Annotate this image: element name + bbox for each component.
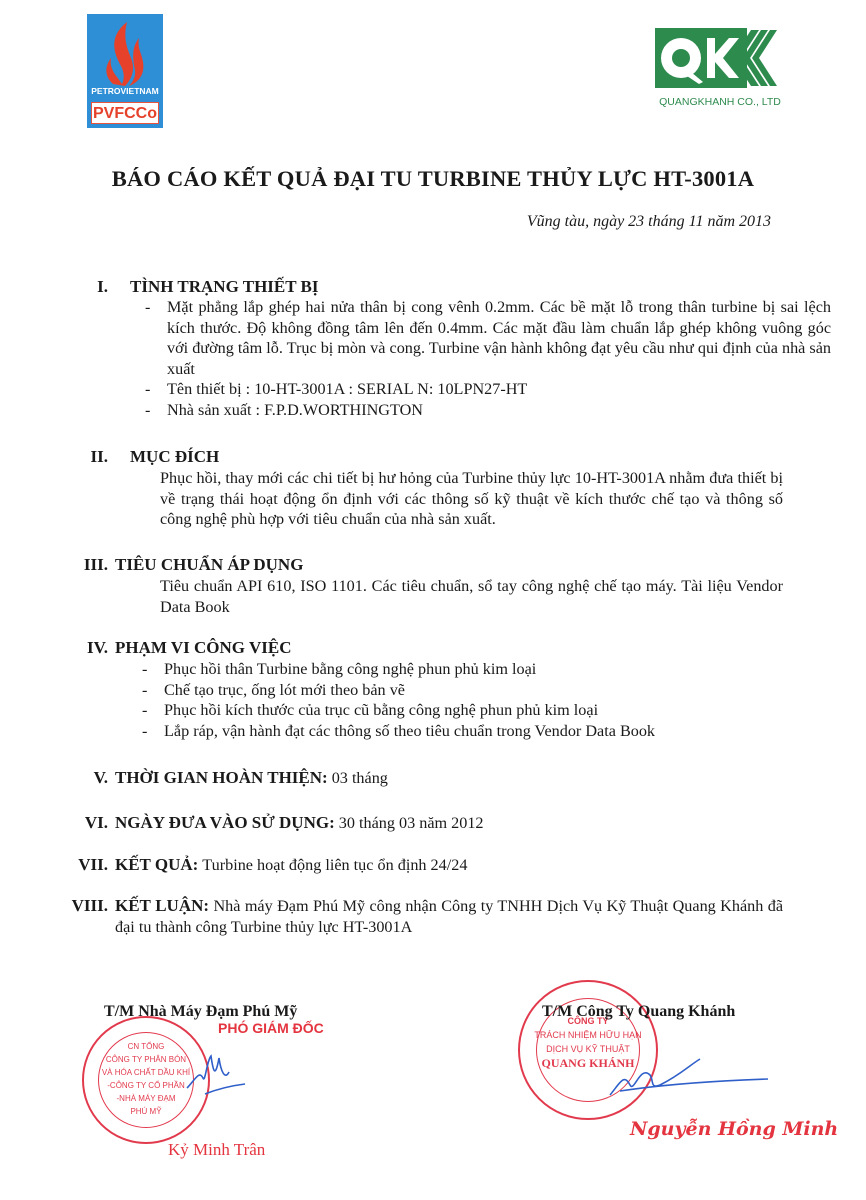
place-date: Vũng tàu, ngày 23 tháng 11 năm 2013 <box>527 213 771 231</box>
list-item: -Phục hồi kích thước của trục cũ bằng cô… <box>142 700 782 721</box>
section-line: KẾT QUẢ: Turbine hoạt động liên tục ổn đ… <box>115 855 467 876</box>
petrovietnam-label: PETROVIETNAM <box>87 86 163 96</box>
section-heading: TÌNH TRẠNG THIẾT BỊ <box>130 277 319 297</box>
section-heading: MỤC ĐÍCH <box>130 447 219 467</box>
section-heading: KẾT LUẬN: <box>115 896 209 915</box>
section-text: Tiêu chuẩn API 610, ISO 1101. Các tiêu c… <box>160 576 783 617</box>
section-heading: TIÊU CHUẨN ÁP DỤNG <box>115 555 303 575</box>
quangkhanh-company-label: QUANGKHANH CO., LTD <box>650 96 790 108</box>
list-item: -Phục hồi thân Turbine bằng công nghệ ph… <box>142 659 782 680</box>
section-value: Nhà máy Đạm Phú Mỹ công nhận Công ty TNH… <box>115 897 783 936</box>
list-item: -Mặt phẳng lắp ghép hai nửa thân bị cong… <box>145 297 831 379</box>
left-signatory-name: Kỷ Minh Trân <box>168 1140 265 1160</box>
section-number: I. <box>48 277 108 297</box>
list-item: -Tên thiết bị : 10-HT-3001A : SERIAL N: … <box>145 379 831 400</box>
list-item: -Lắp ráp, vận hành đạt các thông số theo… <box>142 721 782 742</box>
left-signature <box>185 1050 255 1100</box>
right-signature <box>600 1055 770 1105</box>
left-signatory-position: PHÓ GIÁM ĐỐC <box>218 1020 324 1036</box>
document-title: BÁO CÁO KẾT QUẢ ĐẠI TU TURBINE THỦY LỰC … <box>0 166 866 192</box>
section-value: Turbine hoạt động liên tục ổn định 24/24 <box>202 856 467 874</box>
section-number: VIII. <box>48 896 108 916</box>
section-value: 03 tháng <box>332 769 388 787</box>
list-item: -Chế tạo trục, ống lót mới theo bản vẽ <box>142 680 782 701</box>
section-number: III. <box>48 555 108 575</box>
section-number: V. <box>48 768 108 788</box>
section-line: KẾT LUẬN: Nhà máy Đạm Phú Mỹ công nhận C… <box>115 896 783 937</box>
section-line: THỜI GIAN HOÀN THIỆN: 03 tháng <box>115 768 388 789</box>
list-item: -Nhà sản xuất : F.P.D.WORTHINGTON <box>145 400 831 421</box>
section-number: VII. <box>48 855 108 875</box>
section-number: IV. <box>48 638 108 658</box>
section-value: 30 tháng 03 năm 2012 <box>339 814 484 832</box>
section-heading: PHẠM VI CÔNG VIỆC <box>115 638 291 658</box>
pvfcco-logo: PETROVIETNAM PVFCCo <box>87 14 163 128</box>
section-heading: KẾT QUẢ: <box>115 855 198 874</box>
qk-logo-icon <box>655 28 780 88</box>
petrovietnam-flame-icon <box>87 14 163 94</box>
section-number: II. <box>48 447 108 467</box>
section-number: VI. <box>48 813 108 833</box>
section-heading: NGÀY ĐƯA VÀO SỬ DỤNG <box>115 813 329 832</box>
section-line: NGÀY ĐƯA VÀO SỬ DỤNG: 30 tháng 03 năm 20… <box>115 813 484 834</box>
left-signatory-title: T/M Nhà Máy Đạm Phú Mỹ <box>104 1003 297 1021</box>
section-heading: THỜI GIAN HOÀN THIỆN <box>115 768 322 787</box>
section-text: Phục hồi, thay mới các chi tiết bị hư hỏ… <box>160 468 783 530</box>
right-signatory-title: T/M Công Ty Quang Khánh <box>542 1003 735 1021</box>
right-signatory-name: Nguyễn Hồng Minh <box>630 1118 838 1140</box>
pvfcco-label: PVFCCo <box>91 102 159 124</box>
